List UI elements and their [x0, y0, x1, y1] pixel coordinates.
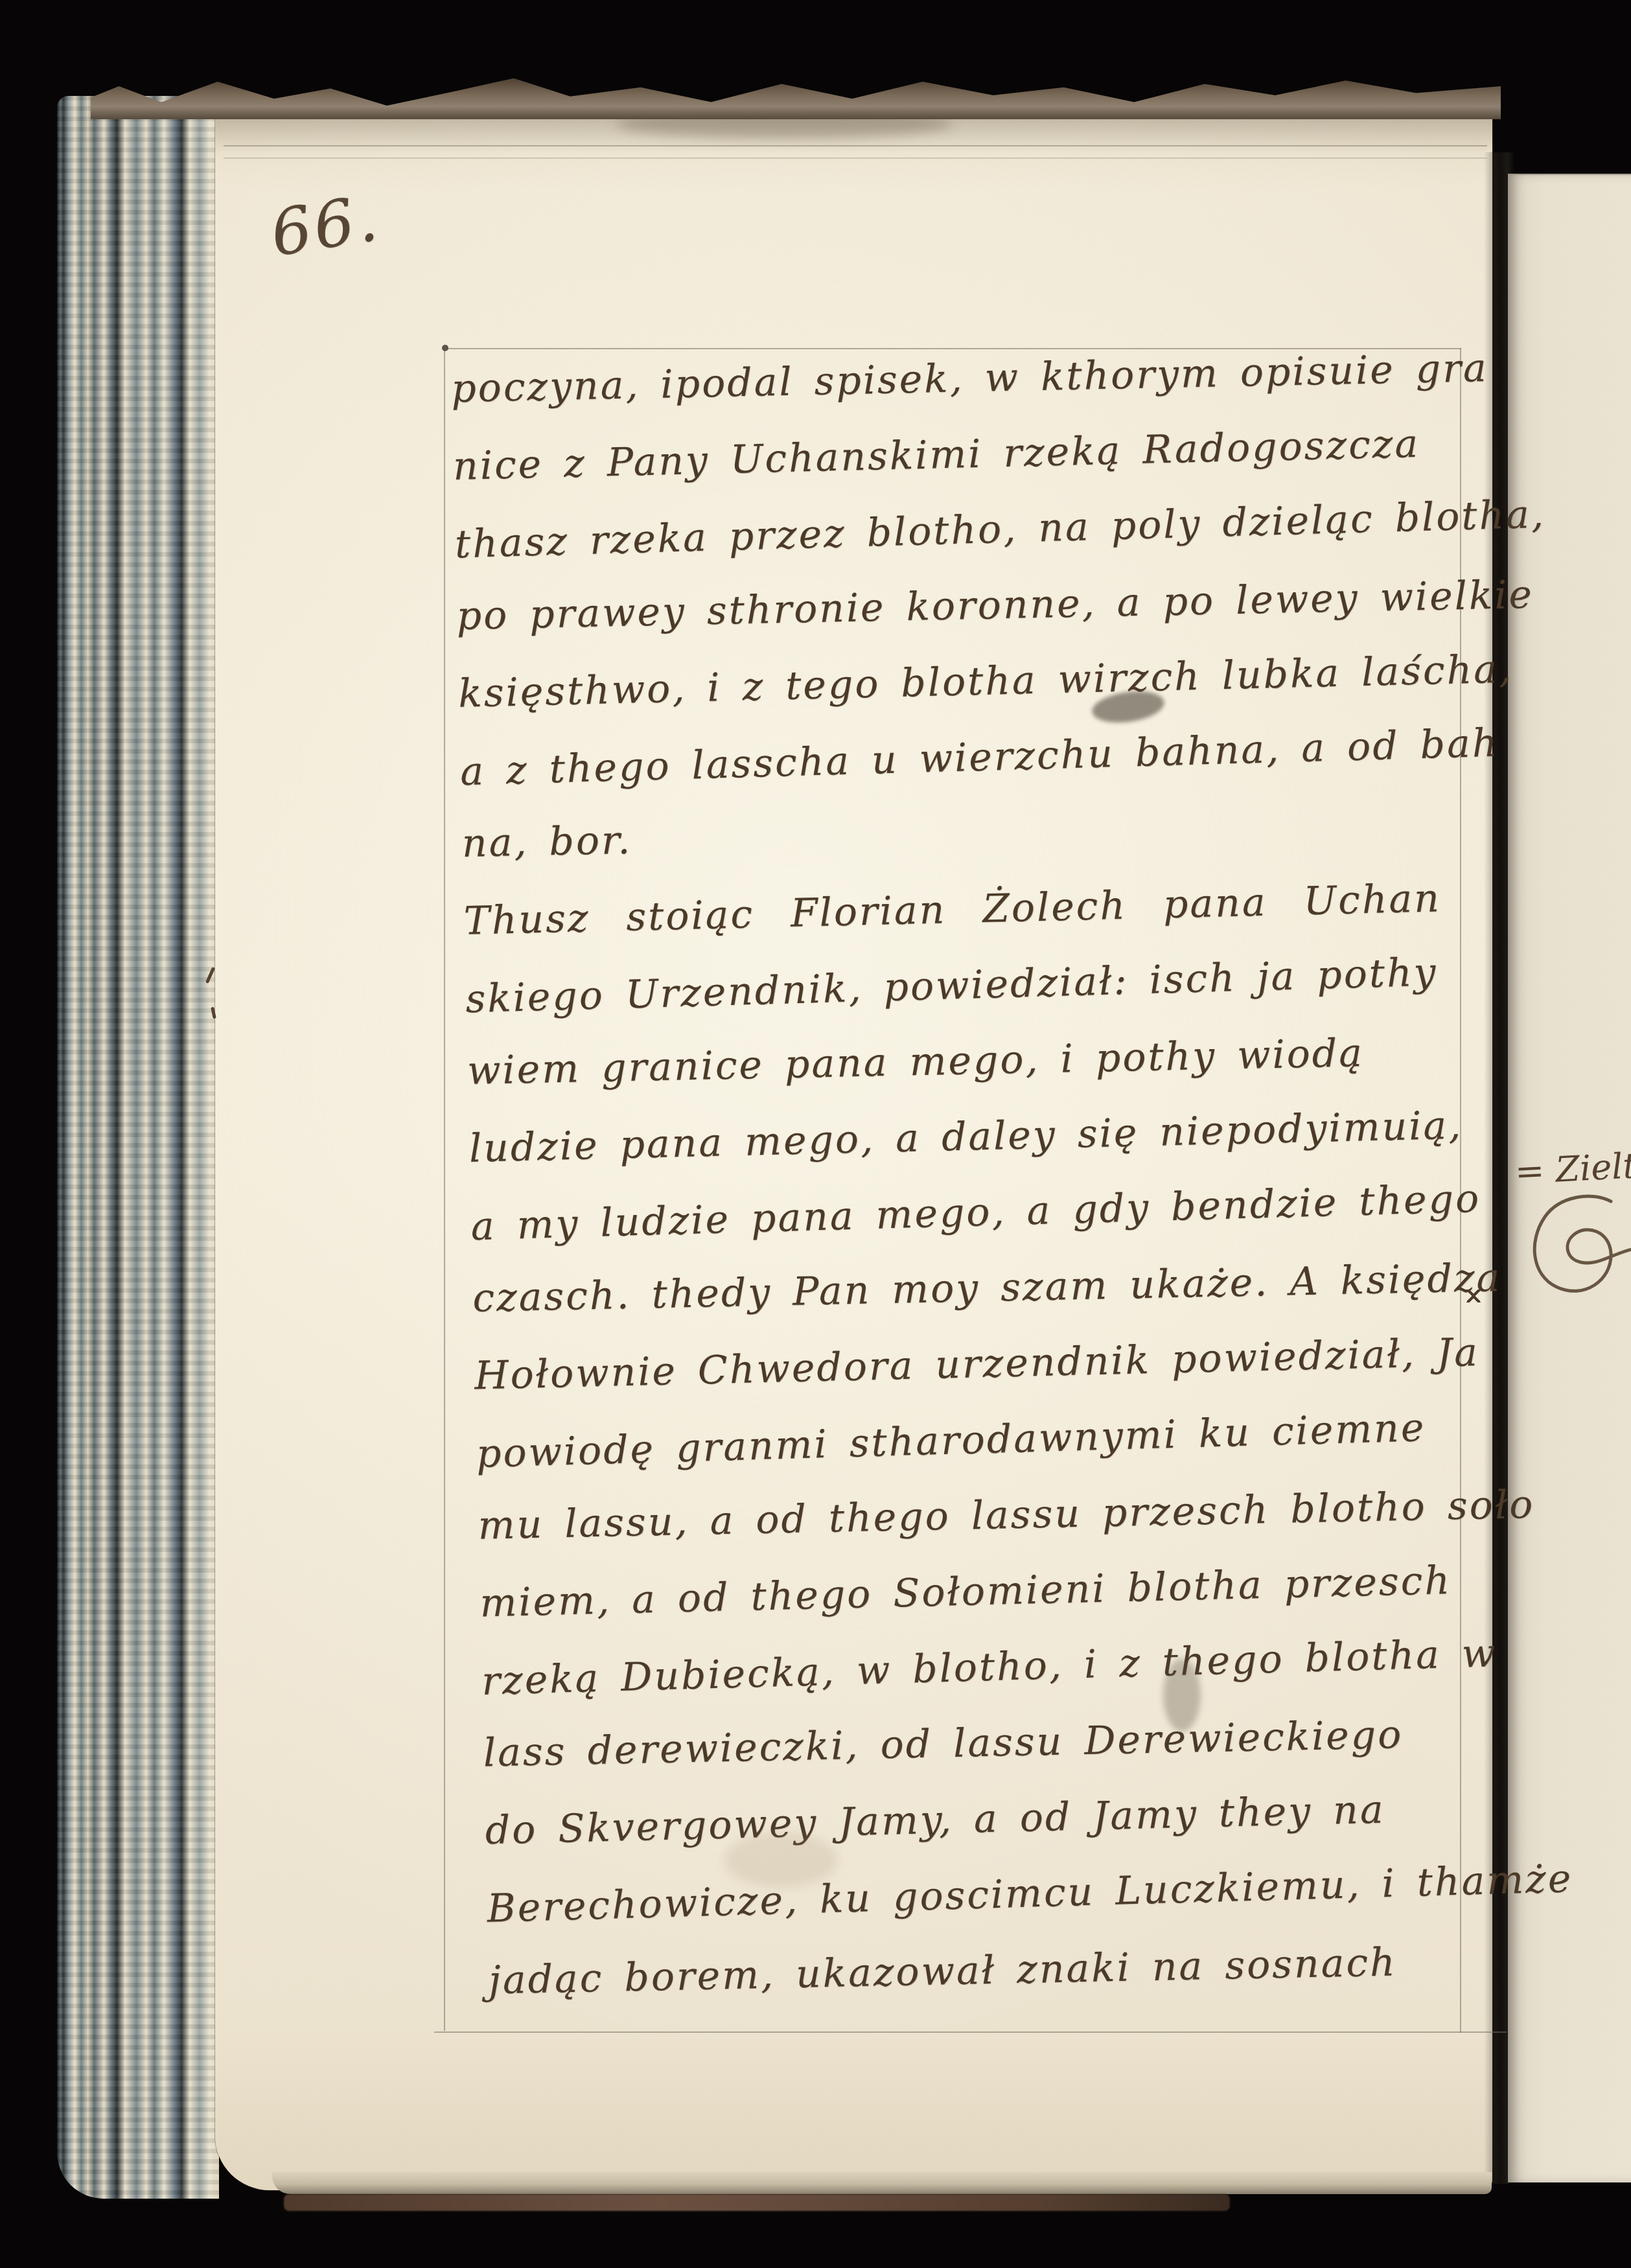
bottom-book-board [284, 2194, 1230, 2211]
underlying-sheet-edge [224, 145, 1487, 146]
manuscript-text-block: poczyna, ipodal spisek, w kthorym opisui… [450, 329, 1542, 2021]
manuscript-scan: 66. poczyna, ipodal spisek, w kthorym op… [0, 0, 1631, 2268]
rough-deckle-top-edge [91, 62, 1501, 119]
stray-ink-mark [1464, 1290, 1483, 1302]
bottom-sheet-edges [272, 2172, 1492, 2194]
underlying-sheet-edge [224, 157, 1487, 159]
pencil-frame-corner-dot [442, 345, 448, 351]
book-page-stack-edges [57, 96, 219, 2199]
pencil-frame-bottom [434, 2031, 1507, 2033]
paper-stain [724, 1833, 838, 1888]
ink-smudge [1163, 1659, 1201, 1731]
margin-note: = Zielt [1514, 1145, 1631, 1192]
pencil-frame-left [444, 348, 445, 2031]
margin-note-flourish [1514, 1190, 1631, 1303]
